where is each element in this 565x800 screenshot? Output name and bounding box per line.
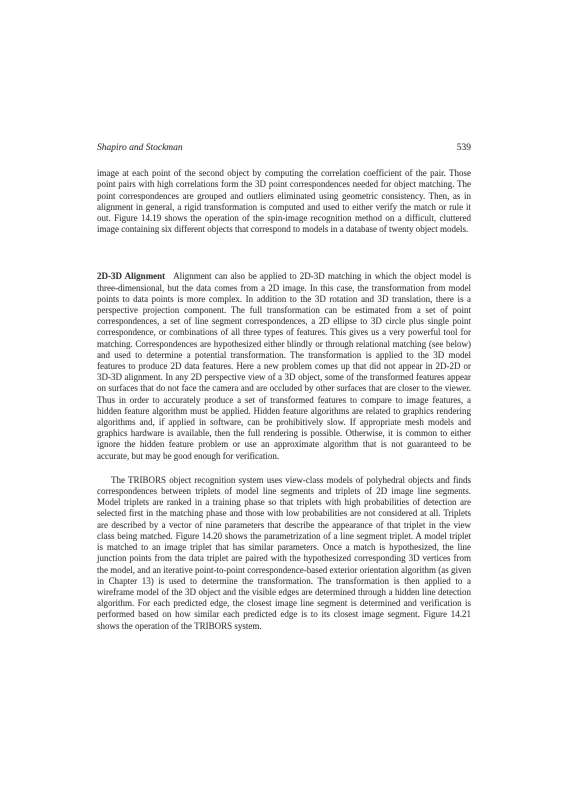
paragraph-spin-image: image at each point of the second object… <box>97 168 471 235</box>
paragraph-tribors: The TRIBORS object recognition system us… <box>97 475 471 632</box>
paragraph-2d-3d-alignment-text: Alignment can also be applied to 2D-3D m… <box>97 271 471 460</box>
book-page: Shapiro and Stockman 539 image at each p… <box>0 0 565 800</box>
running-title: Shapiro and Stockman <box>97 143 183 154</box>
page-text-block: Shapiro and Stockman 539 image at each p… <box>97 143 471 632</box>
paragraph-2d-3d-alignment: 2D-3D AlignmentAlignment can also be app… <box>97 271 471 461</box>
page-number: 539 <box>457 143 471 154</box>
running-header: Shapiro and Stockman 539 <box>97 143 471 154</box>
section-heading-2d-3d-alignment: 2D-3D Alignment <box>97 271 173 281</box>
